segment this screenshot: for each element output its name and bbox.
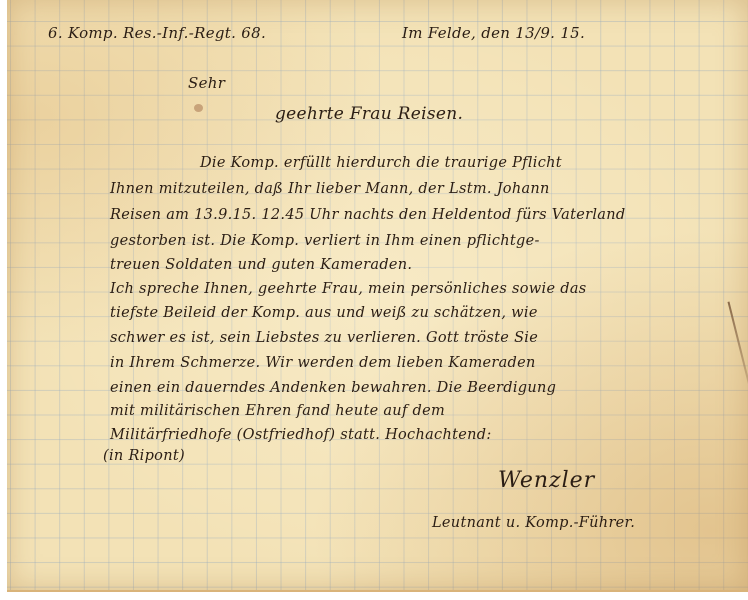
signature: Wenzler	[498, 468, 595, 493]
body-line: Die Komp. erfüllt hierdurch die traurige…	[200, 155, 562, 171]
body-line: Reisen am 13.9.15. 12.45 Uhr nachts den …	[110, 207, 625, 223]
signature-title: Leutnant u. Komp.-Führer.	[432, 515, 635, 531]
body-line: einen ein dauerndes Andenken bewahren. D…	[110, 380, 556, 396]
body-line: schwer es ist, sein Liebstes zu verliere…	[110, 330, 538, 346]
paper-fold-mark	[728, 302, 748, 419]
place-date: Im Felde, den 13/9. 15.	[402, 24, 585, 42]
body-line-ripont: (in Ripont)	[103, 448, 185, 464]
body-line: gestorben ist. Die Komp. verliert in Ihm…	[110, 233, 540, 249]
salutation-line: geehrte Frau Reisen.	[275, 104, 463, 124]
salutation-sehr: Sehr	[188, 74, 225, 92]
body-line: Militärfriedhofe (Ostfriedhof) statt. Ho…	[110, 427, 492, 443]
body-line: in Ihrem Schmerze. Wir werden dem lieben…	[110, 355, 536, 371]
ink-stain	[194, 104, 203, 112]
body-line: mit militärischen Ehren fand heute auf d…	[110, 403, 445, 419]
body-line: Ihnen mitzuteilen, daß Ihr lieber Mann, …	[110, 181, 550, 197]
body-line: tiefste Beileid der Komp. aus und weiß z…	[110, 305, 538, 321]
body-line: Ich spreche Ihnen, geehrte Frau, mein pe…	[110, 281, 587, 297]
body-line: treuen Soldaten und guten Kameraden.	[110, 257, 412, 273]
unit-header: 6. Komp. Res.-Inf.-Regt. 68.	[48, 24, 266, 42]
